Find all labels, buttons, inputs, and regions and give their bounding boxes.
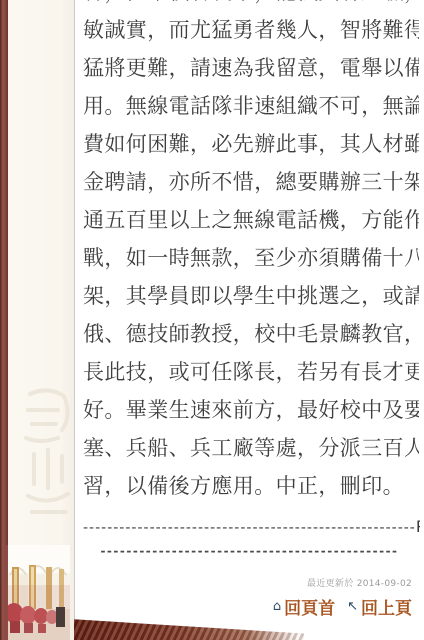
- document-text: 材，往軍校各長中，能找具有經驗，靈敏誠實，而尤猛勇者幾人，智將難得，猛將更難，請…: [83, 0, 419, 505]
- interior-room-photo: [4, 545, 70, 640]
- page-footer: 最近更新於 2014-09-02 ⌂ 回頁首 ↖ 回上頁: [273, 576, 412, 619]
- seal-watermark: [18, 380, 78, 530]
- back-to-top-label: 回頁首: [284, 594, 335, 619]
- back-to-previous-link[interactable]: ↖ 回上頁: [347, 594, 412, 619]
- last-updated-text: 最近更新於 2014-09-02: [273, 576, 412, 589]
- home-icon: ⌂: [273, 600, 281, 613]
- back-to-top-link[interactable]: ⌂ 回頁首: [273, 594, 335, 619]
- back-to-previous-label: 回上頁: [361, 594, 412, 619]
- section-separator: ----------------------------------------…: [75, 544, 424, 558]
- text-line: 好。畢業生速來前方，最好校中及要: [83, 391, 419, 429]
- page-marker-dashes: ----------------------------------------…: [83, 520, 416, 536]
- page: 材，往軍校各長中，能找具有經驗，靈敏誠實，而尤猛勇者幾人，智將難得，猛將更難，請…: [0, 0, 424, 640]
- page-number-label: P.266-: [416, 517, 420, 536]
- footer-nav: ⌂ 回頁首 ↖ 回上頁: [273, 594, 412, 619]
- document-panel: 材，往軍校各長中，能找具有經驗，靈敏誠實，而尤猛勇者幾人，智將難得，猛將更難，請…: [74, 0, 424, 640]
- text-line: 戰，如一時無款，至少亦須購備十八: [83, 239, 419, 277]
- left-maroon-border: [0, 0, 8, 640]
- text-line: 通五百里以上之無線電話機，方能作: [83, 201, 419, 239]
- text-line: 用。無線電話隊非速組織不可，無論經: [83, 87, 419, 125]
- text-line: 架，其學員即以學生中挑選之，或請: [83, 277, 419, 315]
- text-line: 俄、德技師教授，校中毛景麟教官，亦: [83, 315, 419, 353]
- text-line: 猛將更難，請速為我留意，電舉以備採: [83, 49, 419, 87]
- back-arrow-icon: ↖: [347, 600, 358, 613]
- text-line: 金聘請，亦所不惜，總要購辦三十架能: [83, 163, 419, 201]
- text-line: 長此技，或可任隊長，若另有長才更: [83, 353, 419, 391]
- text-line: 材，往軍校各長中，能找具有經驗，靈: [83, 0, 419, 11]
- text-line: 敏誠實，而尤猛勇者幾人，智將難得，: [83, 11, 419, 49]
- text-line: 費如何困難，必先辦此事，其人材雖重: [83, 125, 419, 163]
- text-line: 塞、兵船、兵工廠等處，分派三百人見: [83, 429, 419, 467]
- text-line: 習，以備後方應用。中正，刪印。: [83, 467, 419, 505]
- page-number-marker: ----------------------------------------…: [83, 517, 420, 538]
- left-margin-column: [8, 0, 74, 640]
